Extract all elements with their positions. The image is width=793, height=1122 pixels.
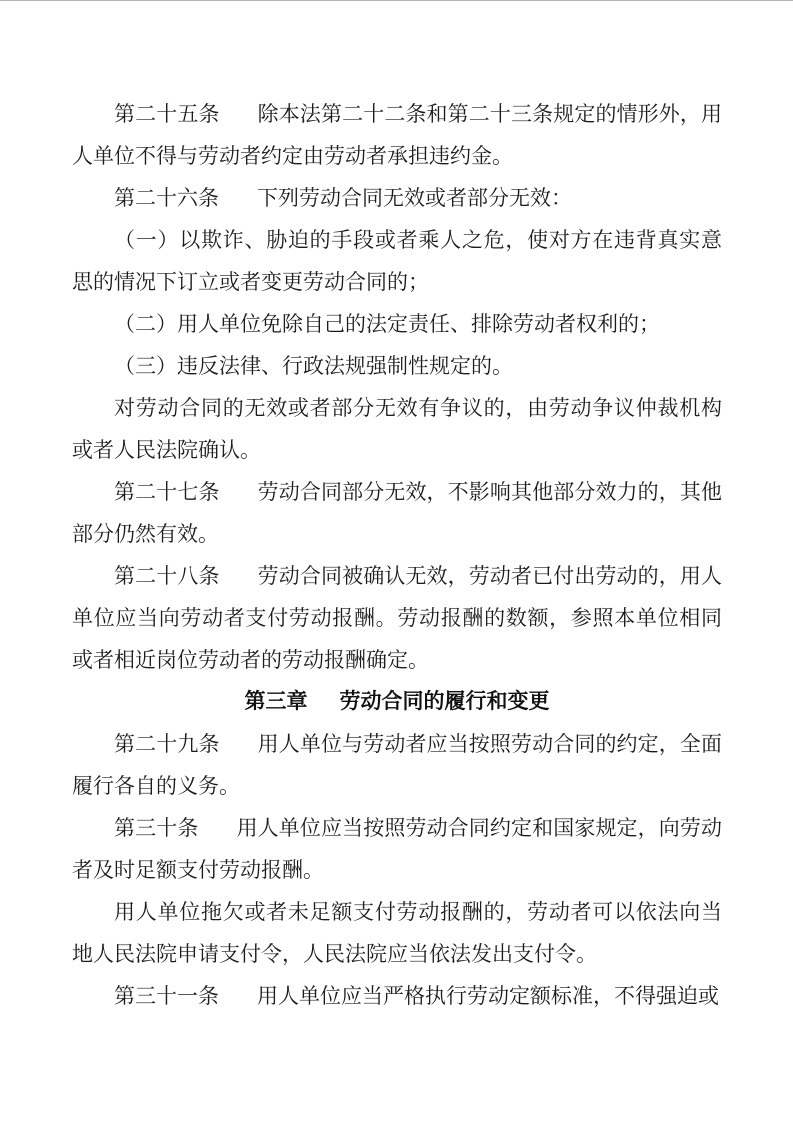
article-paragraph-29: 第二十九条用人单位与劳动者应当按照劳动合同的约定，全面履行各自的义务。 — [72, 723, 722, 807]
article-number: 第二十六条 — [114, 186, 219, 210]
article-number: 第二十八条 — [114, 564, 220, 588]
paragraph-text: 用人单位拖欠或者未足额支付劳动报酬的，劳动者可以依法向当地人民法院申请支付令，人… — [72, 900, 722, 966]
paragraph-text: （三）违反法律、行政法规强制性规定的。 — [114, 354, 513, 378]
article-paragraph-28: 第二十八条劳动合同被确认无效，劳动者已付出劳动的，用人单位应当向劳动者支付劳动报… — [72, 555, 722, 681]
body-paragraph: 用人单位拖欠或者未足额支付劳动报酬的，劳动者可以依法向当地人民法院申请支付令，人… — [72, 891, 722, 975]
article-paragraph-30: 第三十条用人单位应当按照劳动合同约定和国家规定，向劳动者及时足额支付劳动报酬。 — [72, 807, 722, 891]
article-paragraph-26: 第二十六条下列劳动合同无效或者部分无效： — [72, 177, 722, 219]
article-number-gap — [220, 750, 258, 751]
chapter-heading: 第三章劳动合同的履行和变更 — [72, 681, 722, 723]
article-number: 第三十一条 — [114, 984, 219, 1008]
article-number-gap — [219, 204, 257, 205]
article-number-gap — [220, 582, 258, 583]
article-number: 第三十条 — [114, 816, 198, 840]
paragraph-text: （一）以欺诈、胁迫的手段或者乘人之危，使对方在违背真实意思的情况下订立或者变更劳… — [72, 228, 722, 294]
paragraph-text: 对劳动合同的无效或者部分无效有争议的，由劳动争议仲裁机构或者人民法院确认。 — [72, 396, 722, 462]
body-paragraph: 对劳动合同的无效或者部分无效有争议的，由劳动争议仲裁机构或者人民法院确认。 — [72, 387, 722, 471]
article-paragraph-27: 第二十七条劳动合同部分无效，不影响其他部分效力的，其他部分仍然有效。 — [72, 471, 722, 555]
document-page: 第二十五条除本法第二十二条和第二十三条规定的情形外，用人单位不得与劳动者约定由劳… — [0, 1, 793, 1017]
chapter-number: 第三章 — [245, 690, 308, 713]
article-number-gap — [220, 120, 258, 121]
article-paragraph-25: 第二十五条除本法第二十二条和第二十三条规定的情形外，用人单位不得与劳动者约定由劳… — [72, 93, 722, 177]
paragraph-text: （二）用人单位免除自己的法定责任、排除劳动者权利的； — [114, 312, 660, 336]
list-item-3: （三）违反法律、行政法规强制性规定的。 — [72, 345, 722, 387]
chapter-title: 劳动合同的履行和变更 — [340, 690, 550, 713]
article-paragraph-31: 第三十一条用人单位应当严格执行劳动定额标准，不得强迫或 — [72, 975, 722, 1017]
article-text: 下列劳动合同无效或者部分无效： — [257, 186, 572, 210]
chapter-number-gap — [308, 707, 340, 708]
article-number-gap — [220, 498, 258, 499]
article-number: 第二十九条 — [114, 732, 220, 756]
document-body: 第二十五条除本法第二十二条和第二十三条规定的情形外，用人单位不得与劳动者约定由劳… — [72, 93, 722, 1017]
list-item-1: （一）以欺诈、胁迫的手段或者乘人之危，使对方在违背真实意思的情况下订立或者变更劳… — [72, 219, 722, 303]
article-number: 第二十七条 — [114, 480, 220, 504]
article-text: 用人单位应当严格执行劳动定额标准，不得强迫或 — [257, 984, 719, 1008]
list-item-2: （二）用人单位免除自己的法定责任、排除劳动者权利的； — [72, 303, 722, 345]
article-number-gap — [198, 834, 236, 835]
article-number: 第二十五条 — [114, 102, 220, 126]
article-number-gap — [219, 1002, 257, 1003]
